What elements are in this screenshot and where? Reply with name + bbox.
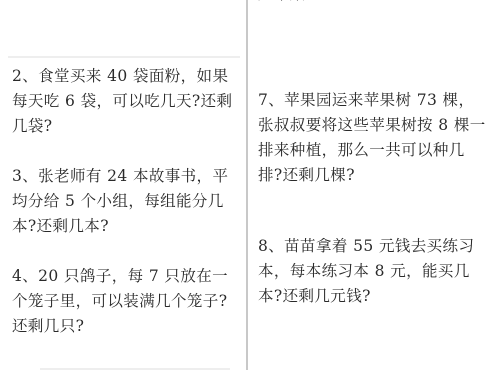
worksheet-page: 2、食堂买来 40 袋面粉，如果每天吃 6 袋，可以吃几天?还剩几袋? 3、张老… (0, 0, 495, 370)
problem-3: 3、张老师有 24 本故事书，平均分给 5 个小组，每组能分几本?还剩几本? (12, 164, 240, 239)
problem-2: 2、食堂买来 40 袋面粉，如果每天吃 6 袋，可以吃几天?还剩几袋? (12, 64, 240, 139)
problem-8: 8、苗苗拿着 55 元钱去买练习本，每本练习本 8 元，能买几本?还剩几元钱? (258, 234, 488, 309)
faint-rule-top (8, 56, 240, 58)
partial-cutoff-text: 几个桌? (258, 0, 314, 7)
problem-4: 4、20 只鸽子，每 7 只放在一个笼子里，可以装满几个笼子?还剩几只? (12, 264, 240, 339)
column-divider (246, 0, 248, 370)
problem-7: 7、苹果园运来苹果树 73 棵，张叔叔要将这些苹果树按 8 棵一排来种植，那么一… (258, 88, 488, 188)
